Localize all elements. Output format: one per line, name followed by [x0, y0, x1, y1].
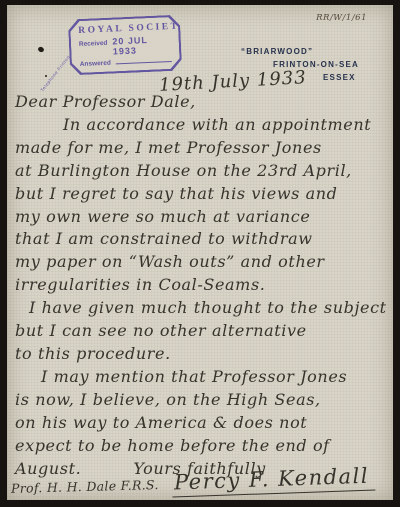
- body-line: irregularities in Coal-Seams.: [15, 274, 387, 297]
- salutation: Dear Professor Dale,: [15, 91, 387, 114]
- stamp-answered-blank-line: [116, 55, 172, 64]
- signature: Percy F. Kendall: [172, 463, 376, 497]
- body-line: but I can see no other alternative: [15, 320, 387, 343]
- body-line: expect to be home before the end of: [15, 435, 387, 458]
- letter-photo: { "document": { "archive_reference": "RR…: [0, 0, 400, 507]
- stamp-received-label: Received: [79, 39, 108, 47]
- stamp-answered-label: Answered: [80, 59, 111, 67]
- body-line: I may mention that Professor Jones: [15, 366, 387, 389]
- archive-reference: RR/W/1/61: [316, 13, 367, 23]
- body-line: made for me, I met Professor Jones: [15, 137, 387, 160]
- body-line: on his way to America & does not: [15, 412, 387, 435]
- ink-blot: [37, 46, 44, 53]
- body-line: my own were so much at variance: [15, 206, 387, 229]
- letter-paper: ROYAL SOCIETY Received 20 JUL 1933 Answe…: [7, 5, 393, 500]
- letterhead-house-name: “BRIARWOOD”: [241, 45, 359, 58]
- royal-society-received-stamp: ROYAL SOCIETY Received 20 JUL 1933 Answe…: [68, 15, 182, 76]
- body-line: but I regret to say that his views and: [15, 183, 387, 206]
- addressee-note: Prof. H. H. Dale F.R.S.: [11, 477, 159, 496]
- body-line: at Burlington House on the 23rd April,: [15, 160, 387, 183]
- stamp-face: ROYAL SOCIETY Received 20 JUL 1933 Answe…: [70, 17, 180, 74]
- letter-body: Dear Professor Dale, In accordance with …: [15, 91, 387, 480]
- body-line: I have given much thought to the subject: [15, 297, 387, 320]
- body-line: to this procedure.: [15, 343, 387, 366]
- stamp-received-date: 20 JUL 1933: [112, 34, 171, 57]
- ink-speck: [45, 75, 47, 77]
- body-line: In accordance with an appointment: [15, 114, 387, 137]
- body-line: that I am constrained to withdraw: [15, 228, 387, 251]
- telephone-printed-note: Telephone Frinton: [40, 54, 71, 92]
- body-line: my paper on “Wash outs” and other: [15, 251, 387, 274]
- august-word: August.: [15, 458, 81, 481]
- body-line: is now, I believe, on the High Seas,: [15, 389, 387, 412]
- letterhead-county: ESSEX: [323, 71, 359, 84]
